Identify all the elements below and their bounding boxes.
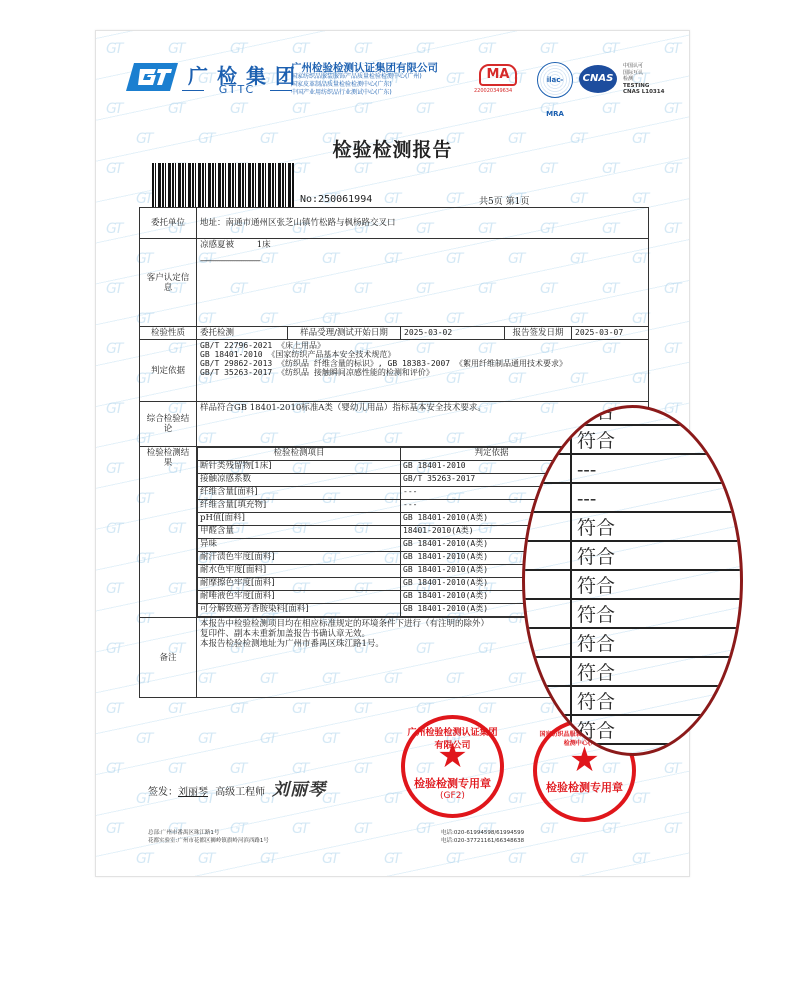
watermark-glyph: GT bbox=[602, 161, 617, 177]
magnifier-row bbox=[525, 628, 740, 658]
watermark-glyph: GT bbox=[106, 641, 121, 657]
watermark-glyph: GT bbox=[540, 161, 555, 177]
watermark-glyph: GT bbox=[260, 731, 275, 747]
watermark-glyph: GT bbox=[136, 191, 151, 207]
barcode bbox=[152, 163, 294, 207]
watermark-glyph: GT bbox=[664, 101, 679, 117]
phone-1: 电话:020-61994598/61994599 bbox=[441, 829, 524, 837]
stamp-use-text: 检验检测专用章 bbox=[537, 779, 632, 795]
results-item: 甲醛含量 bbox=[198, 526, 401, 539]
watermark-glyph: GT bbox=[106, 521, 121, 537]
customer-info: 凉感夏被 1床 -------------------------------- bbox=[197, 239, 649, 327]
results-header-item: 检验检测项目 bbox=[198, 448, 401, 461]
magnifier-row bbox=[525, 599, 740, 629]
signature-block: 签发：刘丽琴 高级工程师 bbox=[148, 783, 265, 798]
watermark-glyph: GT bbox=[322, 731, 337, 747]
watermark-glyph: GT bbox=[602, 41, 617, 57]
watermark-glyph: GT bbox=[230, 101, 245, 117]
watermark-glyph: GT bbox=[354, 701, 369, 717]
results-item: 可分解致癌芳香胺染料[面料] bbox=[198, 604, 401, 617]
magnifier-row bbox=[525, 686, 740, 716]
signer-name: 刘丽琴 bbox=[178, 787, 208, 798]
watermark-glyph: GT bbox=[602, 101, 617, 117]
cnas-text-line: TESTING bbox=[623, 83, 649, 89]
watermark-glyph: GT bbox=[664, 761, 679, 777]
product-qty: 1床 bbox=[257, 240, 271, 250]
results-item: 断针类残留物[1床] bbox=[198, 461, 401, 474]
watermark-glyph: GT bbox=[292, 821, 307, 837]
watermark-glyph: GT bbox=[106, 821, 121, 837]
watermark-glyph: GT bbox=[198, 731, 213, 747]
watermark-glyph: GT bbox=[508, 791, 523, 807]
phone-2: 电话:020-37721161/66348638 bbox=[441, 837, 524, 845]
watermark-glyph: GT bbox=[106, 41, 121, 57]
receive-date: 2025-03-02 bbox=[401, 327, 505, 340]
hq-address: 总部:广州市番禺区珠江路1号 bbox=[148, 829, 269, 837]
results-item: 纤维含量[面料] bbox=[198, 487, 401, 500]
page-indicator: 共5页 第1页 bbox=[479, 194, 529, 207]
gttc-logo-icon bbox=[126, 63, 178, 91]
watermark-glyph: GT bbox=[446, 851, 461, 867]
footer-phones: 电话:020-61994598/61994599 电话:020-37721161… bbox=[441, 829, 524, 845]
watermark-glyph: GT bbox=[106, 761, 121, 777]
watermark-glyph: GT bbox=[664, 161, 679, 177]
magnifier-result-text: 符合 bbox=[577, 514, 615, 542]
ilac-mra-icon: ilac-MRA bbox=[537, 62, 573, 98]
cma-number: 220020349634 bbox=[474, 88, 512, 94]
magnifier-result-text: 符合 bbox=[577, 427, 615, 455]
brand-name-en: GTTC bbox=[182, 83, 292, 96]
magnifier-row bbox=[525, 425, 740, 455]
magnifier-row bbox=[525, 715, 740, 745]
watermark-glyph: GT bbox=[354, 41, 369, 57]
report-number: No:250061994 bbox=[300, 194, 372, 205]
magnifier-result-text: 符合 bbox=[577, 717, 615, 745]
watermark-glyph: GT bbox=[664, 221, 679, 237]
magnifier-row bbox=[525, 454, 740, 484]
watermark-glyph: GT bbox=[292, 701, 307, 717]
watermark-glyph: GT bbox=[106, 401, 121, 417]
watermark-glyph: GT bbox=[354, 761, 369, 777]
watermark-glyph: GT bbox=[602, 821, 617, 837]
remarks-label: 备注 bbox=[140, 618, 197, 698]
watermark-glyph: GT bbox=[570, 851, 585, 867]
watermark-glyph: GT bbox=[260, 851, 275, 867]
magnifier-result-text: --- bbox=[577, 456, 596, 484]
stamp-code: (GF2) bbox=[405, 791, 500, 801]
watermark-glyph: GT bbox=[540, 41, 555, 57]
watermark-glyph: GT bbox=[106, 281, 121, 297]
magnifier-row bbox=[525, 483, 740, 513]
dashes: -------------------------------- bbox=[200, 256, 645, 266]
official-stamp-left: 广州检验检测认证集团有限公司 ★ 检验检测专用章 (GF2) bbox=[401, 715, 504, 818]
watermark-glyph: GT bbox=[446, 71, 461, 87]
basis-label: 判定依据 bbox=[140, 340, 197, 402]
magnifier-row bbox=[525, 541, 740, 571]
watermark-glyph: GT bbox=[478, 41, 493, 57]
receive-label: 样品受理/测试开始日期 bbox=[288, 327, 401, 340]
watermark-glyph: GT bbox=[292, 101, 307, 117]
watermark-glyph: GT bbox=[292, 161, 307, 177]
results-item: 耐水色牢度[面料] bbox=[198, 565, 401, 578]
watermark-glyph: GT bbox=[416, 101, 431, 117]
nature-label: 检验性质 bbox=[140, 327, 197, 340]
magnifier-row bbox=[525, 570, 740, 600]
magnifier-overlay: 符合符合------符合符合符合符合符合符合符合符合 bbox=[522, 405, 743, 756]
watermark-glyph: GT bbox=[354, 821, 369, 837]
magnifier-result-text: 符合 bbox=[577, 659, 615, 687]
watermark-glyph: GT bbox=[168, 101, 183, 117]
cnas-text: 中国认可 国际互认 检测 TESTING CNAS L10314 bbox=[623, 63, 664, 96]
watermark-glyph: GT bbox=[168, 761, 183, 777]
results-label: 检验检测结果 bbox=[140, 447, 197, 618]
watermark-glyph: GT bbox=[446, 191, 461, 207]
watermark-glyph: GT bbox=[416, 701, 431, 717]
cnas-text-line: CNAS L10314 bbox=[623, 89, 664, 95]
watermark-glyph: GT bbox=[570, 191, 585, 207]
watermark-glyph: GT bbox=[632, 191, 647, 207]
watermark-glyph: GT bbox=[664, 41, 679, 57]
watermark-glyph: GT bbox=[106, 101, 121, 117]
watermark-glyph: GT bbox=[136, 731, 151, 747]
basis-item: GB/T 22796-2021 《床上用品》 bbox=[200, 341, 645, 350]
results-item: 接触凉感系数 bbox=[198, 474, 401, 487]
issue-label: 报告签发日期 bbox=[505, 327, 572, 340]
magnifier-row bbox=[525, 405, 740, 426]
watermark-glyph: GT bbox=[322, 851, 337, 867]
report-title: 检验检测报告 bbox=[96, 135, 689, 162]
lab-address: 花都实验室:广州市花都区狮岭镇旗岭河滨西路1号 bbox=[148, 837, 269, 845]
basis-item: GB 18401-2010 《国家纺织产品基本安全技术规范》 bbox=[200, 350, 645, 359]
results-item: 纤维含量[填充物] bbox=[198, 500, 401, 513]
watermark-glyph: GT bbox=[106, 701, 121, 717]
watermark-glyph: GT bbox=[106, 581, 121, 597]
watermark-glyph: GT bbox=[106, 461, 121, 477]
company-sub-line: 国家纺织品服装服饰产品质量检验检测中心(广州) bbox=[291, 73, 422, 81]
watermark-glyph: GT bbox=[416, 41, 431, 57]
magnifier-result-text: 符合 bbox=[577, 572, 615, 600]
company-sub-line: 中国产业用纺织品行业测试中心(广东) bbox=[291, 89, 422, 97]
watermark-glyph: GT bbox=[664, 281, 679, 297]
watermark-glyph: GT bbox=[664, 341, 679, 357]
watermark-glyph: GT bbox=[168, 701, 183, 717]
watermark-glyph: GT bbox=[540, 821, 555, 837]
watermark-glyph: GT bbox=[384, 791, 399, 807]
results-item: 耐唾液色牢度[面料] bbox=[198, 591, 401, 604]
watermark-glyph: GT bbox=[230, 41, 245, 57]
basis-list: GB/T 22796-2021 《床上用品》 GB 18401-2010 《国家… bbox=[197, 340, 649, 402]
watermark-glyph: GT bbox=[508, 731, 523, 747]
watermark-glyph: GT bbox=[106, 341, 121, 357]
watermark-glyph: GT bbox=[416, 821, 431, 837]
watermark-glyph: GT bbox=[416, 161, 431, 177]
company-sub-line: 国家皮革制品质量检验检测中心(广东) bbox=[291, 81, 422, 89]
basis-item: GB/T 35263-2017 《纺织品 接触瞬间凉感性能的检测和评价》 bbox=[200, 368, 645, 377]
watermark-glyph: GT bbox=[354, 161, 369, 177]
cnas-icon: CNAS bbox=[579, 65, 617, 93]
magnifier-row bbox=[525, 657, 740, 687]
watermark-glyph: GT bbox=[508, 851, 523, 867]
customer-info-label: 客户认定信息 bbox=[140, 239, 197, 327]
client-address: 地址：南通市通州区张芝山镇竹松路与枫杨路交叉口 bbox=[197, 208, 649, 239]
company-subtitles: 国家纺织品服装服饰产品质量检验检测中心(广州) 国家皮革制品质量检验检测中心(广… bbox=[291, 73, 422, 97]
results-item: 耐摩擦色牢度[面料] bbox=[198, 578, 401, 591]
results-item: 异味 bbox=[198, 539, 401, 552]
magnifier-result-text: 符合 bbox=[577, 405, 615, 426]
signer-title: 高级工程师 bbox=[215, 787, 265, 798]
watermark-glyph: GT bbox=[384, 851, 399, 867]
magnifier-result-text: 符合 bbox=[577, 601, 615, 629]
footer-addresses: 总部:广州市番禺区珠江路1号 花都实验室:广州市花都区狮岭镇旗岭河滨西路1号 bbox=[148, 829, 269, 845]
watermark-glyph: GT bbox=[478, 161, 493, 177]
magnifier-result-text: 符合 bbox=[577, 543, 615, 571]
watermark-glyph: GT bbox=[354, 101, 369, 117]
watermark-glyph: GT bbox=[384, 731, 399, 747]
watermark-glyph: GT bbox=[230, 761, 245, 777]
handwritten-signature: 刘丽琴 bbox=[272, 775, 326, 800]
nature-value: 委托检测 bbox=[197, 327, 288, 340]
watermark-glyph: GT bbox=[632, 791, 647, 807]
results-item: 耐汗渍色牢度[面料] bbox=[198, 552, 401, 565]
watermark-glyph: GT bbox=[632, 851, 647, 867]
product-name: 凉感夏被 bbox=[200, 240, 234, 250]
watermark-glyph: GT bbox=[168, 41, 183, 57]
magnifier-result-text: --- bbox=[577, 485, 596, 513]
watermark-glyph: GT bbox=[478, 101, 493, 117]
signature-label: 签发： bbox=[148, 787, 178, 798]
conclusion-label: 综合检验结论 bbox=[140, 402, 197, 447]
magnifier-result-text: 符合 bbox=[577, 688, 615, 716]
watermark-glyph: GT bbox=[664, 821, 679, 837]
client-label: 委托单位 bbox=[140, 208, 197, 239]
watermark-glyph: GT bbox=[292, 41, 307, 57]
watermark-glyph: GT bbox=[230, 701, 245, 717]
issue-date: 2025-03-07 bbox=[572, 327, 649, 340]
stamp-use-text: 检验检测专用章 bbox=[405, 775, 500, 791]
basis-item: GB/T 29862-2013 《纺织品 纤维含量的标识》, GB 18383-… bbox=[200, 359, 645, 368]
watermark-glyph: GT bbox=[384, 191, 399, 207]
magnifier-row bbox=[525, 512, 740, 542]
results-item: pH值[面料] bbox=[198, 513, 401, 526]
magnifier-result-text: 符合 bbox=[577, 630, 615, 658]
watermark-glyph: GT bbox=[478, 701, 493, 717]
watermark-glyph: GT bbox=[106, 221, 121, 237]
stamp-ring-text: 广州检验检测认证集团有限公司 bbox=[405, 725, 500, 751]
watermark-glyph: GT bbox=[106, 161, 121, 177]
watermark-glyph: GT bbox=[136, 851, 151, 867]
cma-cert-icon: MA bbox=[479, 64, 517, 86]
watermark-glyph: GT bbox=[198, 851, 213, 867]
